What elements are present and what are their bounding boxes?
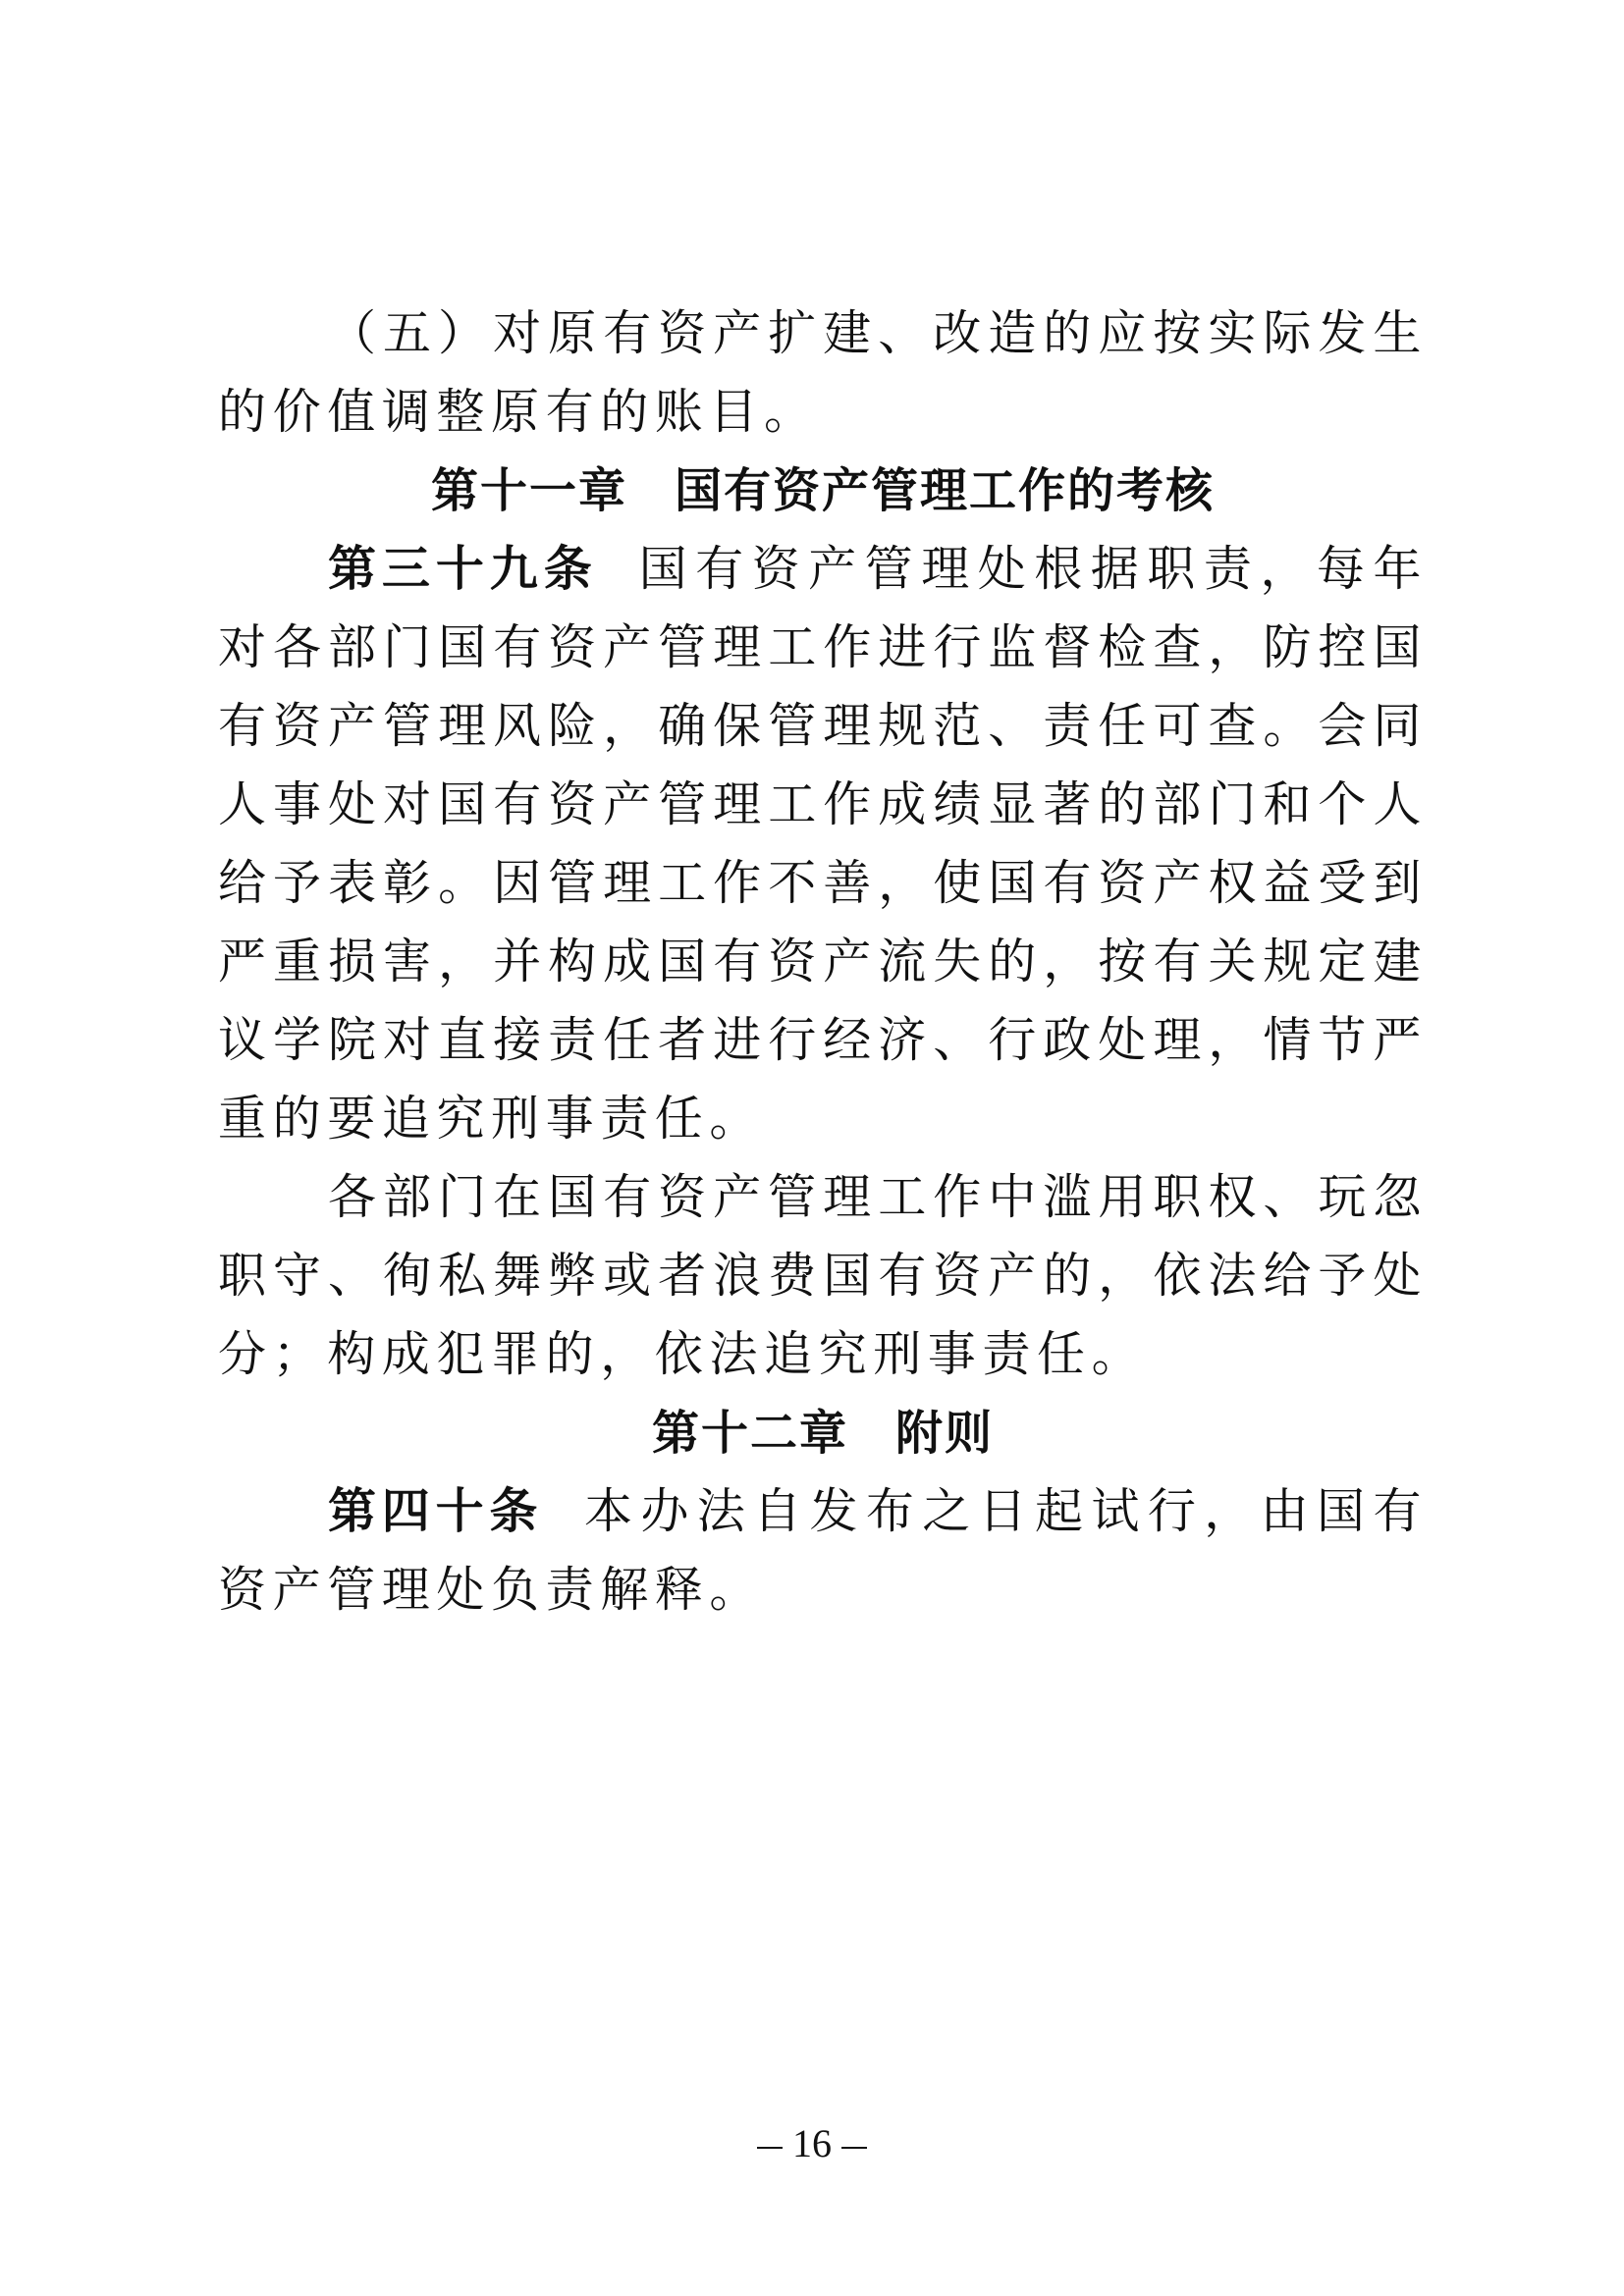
article-40-label: 第四十条 bbox=[328, 1483, 543, 1539]
dash-right bbox=[841, 2147, 867, 2149]
chapter-11-title: 国有资产管理工作的考核 bbox=[675, 463, 1215, 518]
chapter-12-title: 附则 bbox=[895, 1406, 994, 1461]
chapter-12-number: 第十二章 bbox=[652, 1406, 848, 1461]
chapter-11-heading: 第十一章国有资产管理工作的考核 bbox=[218, 452, 1428, 530]
article-39-label: 第三十九条 bbox=[328, 541, 598, 597]
article-39-paragraph: 第三十九条国有资产管理处根据职责，每年对各部门国有资产管理工作进行监督检查，防控… bbox=[218, 530, 1428, 1158]
page-footer: 16 bbox=[0, 2120, 1624, 2166]
article-39-text: 国有资产管理处根据职责，每年对各部门国有资产管理工作进行监督检查，防控国有资产管… bbox=[218, 541, 1428, 1147]
page-number: 16 bbox=[792, 2121, 832, 2165]
article-39-paragraph-2: 各部门在国有资产管理工作中滥用职权、玩忽职守、徇私舞弊或者浪费国有资产的，依法给… bbox=[218, 1158, 1428, 1394]
article-40-paragraph: 第四十条本办法自发布之日起试行，由国有资产管理处负责解释。 bbox=[218, 1472, 1428, 1629]
chapter-12-heading: 第十二章附则 bbox=[218, 1394, 1428, 1472]
dash-left bbox=[757, 2147, 783, 2149]
document-page: （五）对原有资产扩建、改造的应按实际发生的价值调整原有的账目。 第十一章国有资产… bbox=[218, 294, 1428, 1629]
chapter-11-number: 第十一章 bbox=[431, 463, 627, 518]
item-5-paragraph: （五）对原有资产扩建、改造的应按实际发生的价值调整原有的账目。 bbox=[218, 294, 1428, 452]
